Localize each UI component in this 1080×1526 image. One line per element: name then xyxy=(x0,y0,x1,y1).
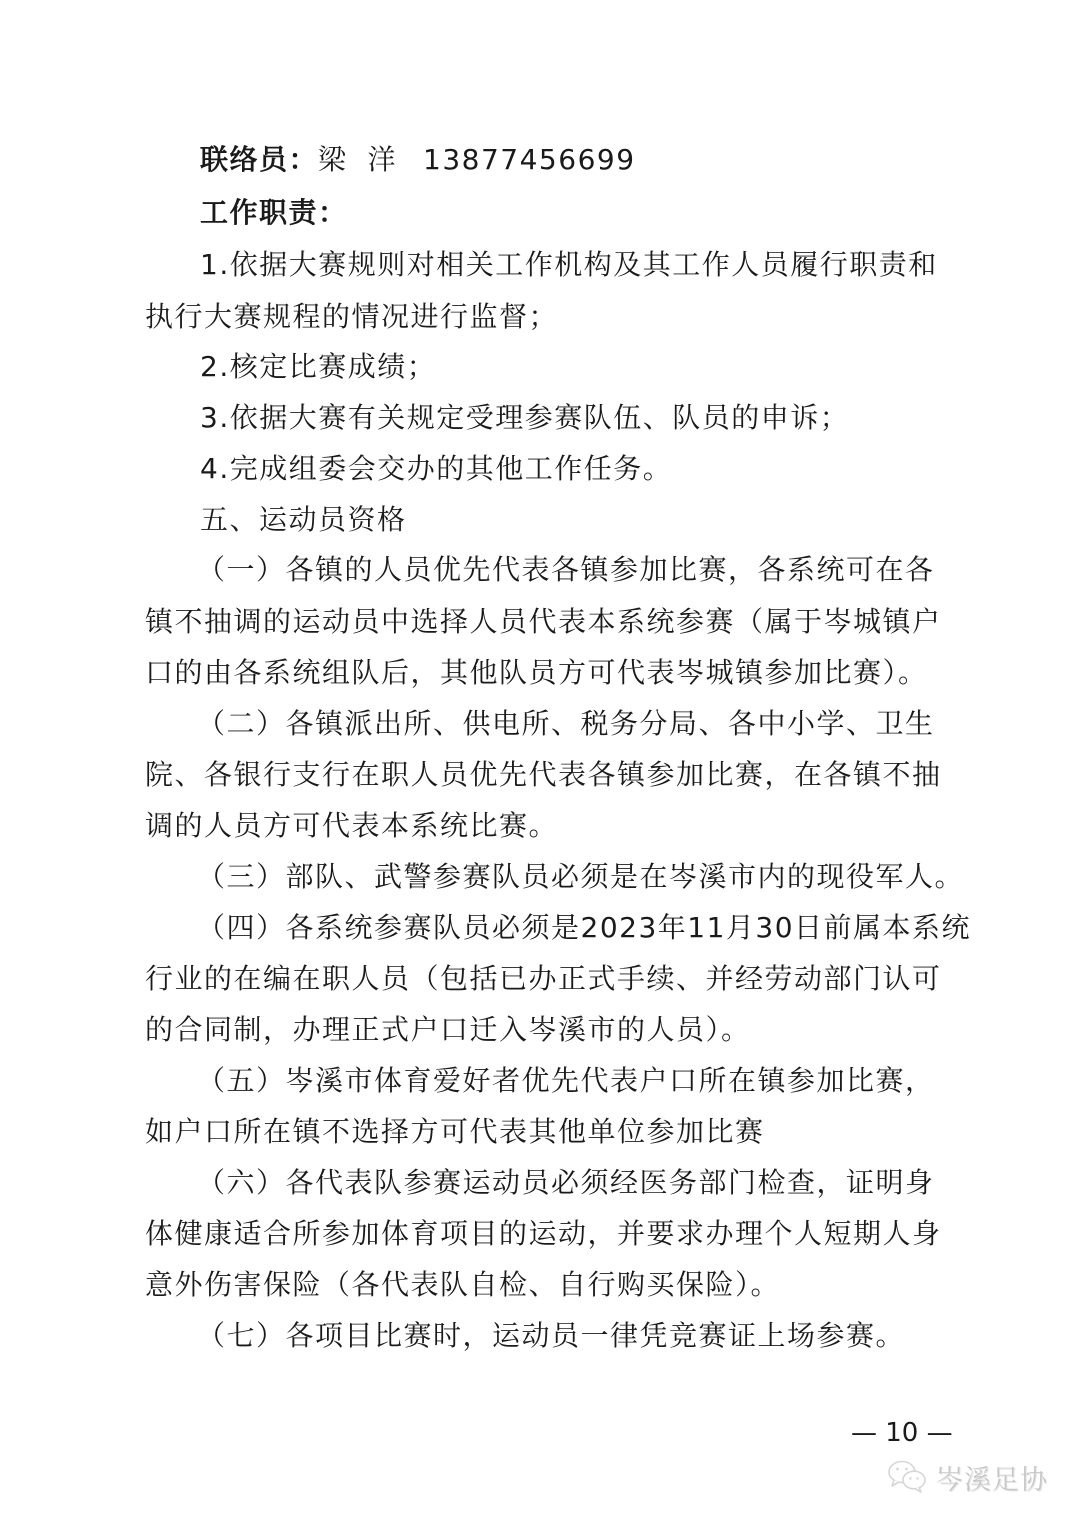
contact-label: 联络员： xyxy=(200,143,318,176)
watermark-text: 岑溪足协 xyxy=(936,1458,1048,1497)
watermark: 岑溪足协 xyxy=(886,1458,1048,1497)
eligibility-6-line-3: 意外伤害保险（各代表队自检、自行购买保险）。 xyxy=(145,1268,780,1302)
duty-item-1-line-2: 执行大赛规程的情况进行监督； xyxy=(145,300,558,334)
contact-phone: 13877456699 xyxy=(423,143,635,176)
document-page: 联络员：梁洋13877456699 工作职责： 1.依据大赛规则对相关工作机构及… xyxy=(0,0,1080,1526)
duty-item-1-line-1: 1.依据大赛规则对相关工作机构及其工作人员履行职责和 xyxy=(200,248,938,282)
eligibility-4-line-1: （四）各系统参赛队员必须是2023年11月30日前属本系统 xyxy=(197,911,971,945)
eligibility-3-line-1: （三）部队、武警参赛队员必须是在岑溪市内的现役军人。 xyxy=(197,860,964,894)
wechat-icon xyxy=(886,1459,928,1497)
duties-heading: 工作职责： xyxy=(200,196,348,230)
section-heading: 五、运动员资格 xyxy=(200,503,407,537)
contact-line: 联络员：梁洋13877456699 xyxy=(200,143,636,177)
duty-item-2: 2.核定比赛成绩； xyxy=(200,350,436,384)
eligibility-5-line-2: 如户口所在镇不选择方可代表其他单位参加比赛 xyxy=(145,1115,765,1149)
eligibility-4-line-3: 的合同制，办理正式户口迁入岑溪市的人员）。 xyxy=(145,1013,751,1047)
eligibility-5-line-1: （五）岑溪市体育爱好者优先代表户口所在镇参加比赛， xyxy=(197,1064,935,1098)
eligibility-2-line-1: （二）各镇派出所、供电所、税务分局、各中小学、卫生 xyxy=(197,707,935,741)
eligibility-4-line-2: 行业的在编在职人员（包括已办正式手续、并经劳动部门认可 xyxy=(145,962,942,996)
eligibility-1-line-2: 镇不抽调的运动员中选择人员代表本系统参赛（属于岑城镇户 xyxy=(145,605,942,639)
eligibility-2-line-3: 调的人员方可代表本系统比赛。 xyxy=(145,809,558,843)
eligibility-6-line-1: （六）各代表队参赛运动员必须经医务部门检查，证明身 xyxy=(197,1166,935,1200)
eligibility-6-line-2: 体健康适合所参加体育项目的运动，并要求办理个人短期人身 xyxy=(145,1217,942,1251)
duty-item-3: 3.依据大赛有关规定受理参赛队伍、队员的申诉； xyxy=(200,401,849,435)
contact-surname: 梁 xyxy=(318,143,348,176)
eligibility-7-line-1: （七）各项目比赛时，运动员一律凭竞赛证上场参赛。 xyxy=(197,1319,905,1353)
eligibility-1-line-3: 口的由各系统组队后，其他队员方可代表岑城镇参加比赛）。 xyxy=(145,656,928,690)
duty-item-4: 4.完成组委会交办的其他工作任务。 xyxy=(200,452,672,486)
eligibility-1-line-1: （一）各镇的人员优先代表各镇参加比赛，各系统可在各 xyxy=(197,553,935,587)
page-number: — 10 — xyxy=(851,1418,953,1448)
contact-given-name: 洋 xyxy=(368,143,398,176)
eligibility-2-line-2: 院、各银行支行在职人员优先代表各镇参加比赛，在各镇不抽 xyxy=(145,758,942,792)
